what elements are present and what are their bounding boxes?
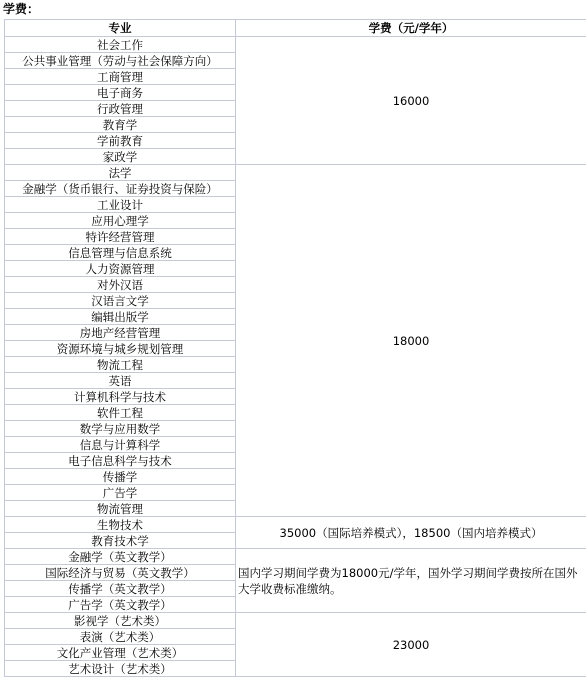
major-cell: 编辑出版学 xyxy=(5,309,236,325)
major-cell: 社会工作 xyxy=(5,37,236,53)
major-cell: 教育学 xyxy=(5,117,236,133)
major-cell: 广告学（英文教学） xyxy=(5,597,236,613)
table-body: 社会工作16000公共事业管理（劳动与社会保障方向）工商管理电子商务行政管理教育… xyxy=(5,37,586,677)
table-row: 影视学（艺术类）23000 xyxy=(5,613,586,629)
major-cell: 物流工程 xyxy=(5,357,236,373)
fee-cell: 国内学习期间学费为18000元/学年，国外学习期间学费按所在国外大学收费标准缴纳… xyxy=(236,549,586,613)
fee-cell: 35000（国际培养模式），18500（国内培养模式） xyxy=(236,517,586,549)
major-cell: 资源环境与城乡规划管理 xyxy=(5,341,236,357)
section-title: 学费： xyxy=(3,1,39,17)
major-cell: 汉语言文学 xyxy=(5,293,236,309)
header-major: 专业 xyxy=(5,20,236,37)
fee-cell: 18000 xyxy=(236,165,586,517)
major-cell: 传播学 xyxy=(5,469,236,485)
major-cell: 影视学（艺术类） xyxy=(5,613,236,629)
major-cell: 信息与计算科学 xyxy=(5,437,236,453)
table-row: 金融学（英文教学）国内学习期间学费为18000元/学年，国外学习期间学费按所在国… xyxy=(5,549,586,565)
major-cell: 物流管理 xyxy=(5,501,236,517)
major-cell: 信息管理与信息系统 xyxy=(5,245,236,261)
major-cell: 特许经营管理 xyxy=(5,229,236,245)
major-cell: 行政管理 xyxy=(5,101,236,117)
major-cell: 人力资源管理 xyxy=(5,261,236,277)
major-cell: 数学与应用数学 xyxy=(5,421,236,437)
table-row: 社会工作16000 xyxy=(5,37,586,53)
major-cell: 软件工程 xyxy=(5,405,236,421)
major-cell: 金融学（货币银行、证券投资与保险） xyxy=(5,181,236,197)
tuition-table: 专业 学费（元/学年） 社会工作16000公共事业管理（劳动与社会保障方向）工商… xyxy=(4,19,586,677)
header-fee: 学费（元/学年） xyxy=(236,20,586,37)
major-cell: 应用心理学 xyxy=(5,213,236,229)
header-row: 专业 学费（元/学年） xyxy=(5,20,586,37)
major-cell: 工商管理 xyxy=(5,69,236,85)
fee-cell: 16000 xyxy=(236,37,586,165)
major-cell: 家政学 xyxy=(5,149,236,165)
major-cell: 计算机科学与技术 xyxy=(5,389,236,405)
major-cell: 电子信息科学与技术 xyxy=(5,453,236,469)
major-cell: 教育技术学 xyxy=(5,533,236,549)
major-cell: 法学 xyxy=(5,165,236,181)
major-cell: 广告学 xyxy=(5,485,236,501)
major-cell: 公共事业管理（劳动与社会保障方向） xyxy=(5,53,236,69)
major-cell: 工业设计 xyxy=(5,197,236,213)
major-cell: 表演（艺术类） xyxy=(5,629,236,645)
fee-cell: 23000 xyxy=(236,613,586,677)
major-cell: 传播学（英文教学） xyxy=(5,581,236,597)
major-cell: 金融学（英文教学） xyxy=(5,549,236,565)
major-cell: 国际经济与贸易（英文教学） xyxy=(5,565,236,581)
major-cell: 英语 xyxy=(5,373,236,389)
major-cell: 生物技术 xyxy=(5,517,236,533)
major-cell: 电子商务 xyxy=(5,85,236,101)
major-cell: 对外汉语 xyxy=(5,277,236,293)
table-row: 生物技术35000（国际培养模式），18500（国内培养模式） xyxy=(5,517,586,533)
major-cell: 学前教育 xyxy=(5,133,236,149)
major-cell: 艺术设计（艺术类） xyxy=(5,661,236,677)
major-cell: 文化产业管理（艺术类） xyxy=(5,645,236,661)
major-cell: 房地产经营管理 xyxy=(5,325,236,341)
table-row: 法学18000 xyxy=(5,165,586,181)
